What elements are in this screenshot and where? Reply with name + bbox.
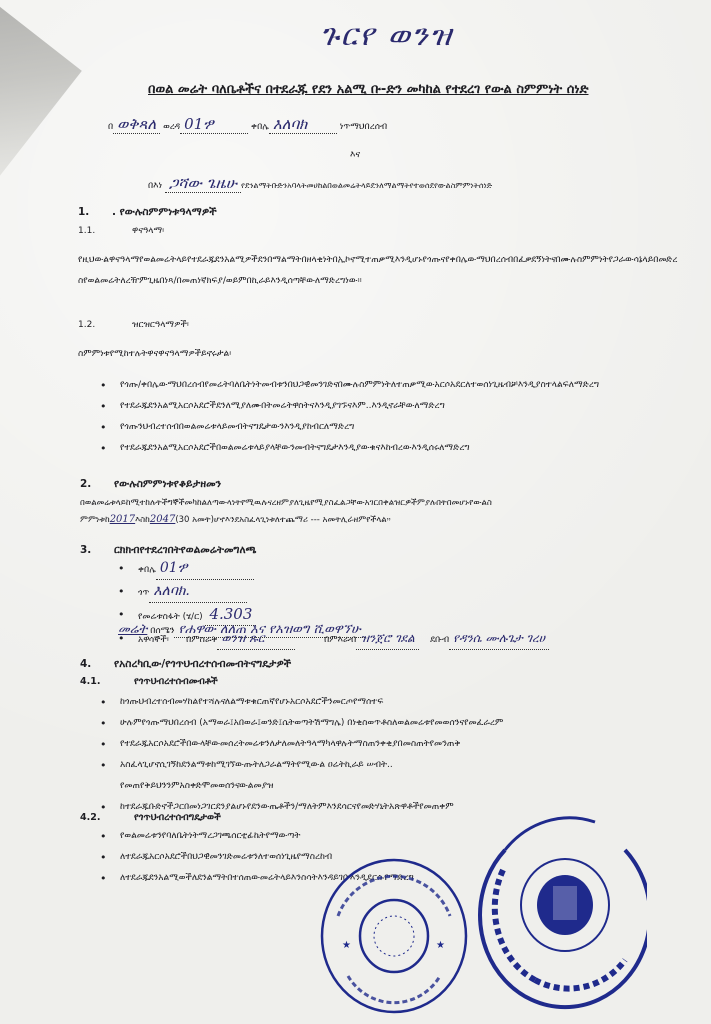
north-boundary: የሐዋው ለለጠ እና የአዝወግ ሺወዋኘሁ	[174, 622, 364, 638]
community-suffix: ነጥማህበረሰብ	[340, 122, 387, 132]
section-1-1-heading: 1.1.ዋናዓላማ፡	[78, 226, 164, 236]
list-item: ሁሉምየጎጡማህበረሰብ (አማወራ፤አበወራ፤ወንድ፤ሴትወጣትሽማግሌ) በ…	[100, 713, 660, 734]
section-2-heading: 2.የውሉስምምነቱየቆይታዘመን	[80, 478, 221, 491]
group-leader-name: ጋሻው ጌዜሁ	[165, 174, 241, 193]
svg-text:★: ★	[342, 940, 351, 951]
zone-value: ወቅጻለ	[113, 115, 160, 134]
group-prefix: በእነ	[148, 181, 162, 191]
list-item: የጎጡ/ቀበሌውማህበረሰብየመሬትባለቤትነትመብቱንበህጋዊመንገድናበሙሉ…	[100, 375, 675, 396]
section-4-2-heading: 4.2.የጎጥህብረተሰብግዴታወች	[80, 812, 221, 823]
section-1-2-intro: ስምምነቱየሚከተሉትዋናዋናዓላማዎችይኖሩታል፡	[78, 349, 231, 359]
section-4-1-bullets: ከጎጡህብረተሰብመሃከልየተሻሉናለልማቱቁርጠኛየሆኑአርሶአደሮችንመርጦ…	[100, 692, 660, 818]
stamp-left-icon: ★ ★	[318, 856, 470, 1016]
section-3-heading: 3.ርክክብየተደረገበትየወልመሬትመግለጫ	[80, 544, 257, 557]
got-row: ጎጥእለባክ.	[118, 581, 698, 604]
section-2-line-1: በወልመሬቱላይከሚተከሉትችግኞችመካከልለጣውላነትየሚዉሉናረዘምያለጊዜ…	[80, 498, 492, 508]
kebele-label: ቀበሌ	[251, 122, 269, 132]
section-1-2-heading: 1.2.ዝርዝርዓላማዎች፡	[78, 320, 189, 330]
svg-text:★: ★	[436, 940, 445, 951]
woreda-administration-stamp	[475, 810, 647, 1010]
list-item: የጎጡንህብረተሰብበወልመሬቱላይመብትናግዴታውንእንዲያከብርለማድረግ	[100, 417, 675, 438]
end-year: 2047	[150, 514, 175, 525]
kebele-value: 01ፇ	[156, 558, 254, 580]
start-year: 2017	[110, 514, 135, 525]
page-corner-fold	[0, 0, 82, 244]
parties-line-1: በወቅጻለ ወረዳ01ፇ ቀበሌእለባክ ነጥማህበረሰብ	[108, 115, 387, 134]
list-item: ከጎጡህብረተሰብመሃከልየተሻሉናለልማቱቁርጠኛየሆኑአርሶአደሮችንመርጦ…	[100, 692, 660, 713]
parties-line-2: በእነ ጋሻው ጌዜሁየደንልማትቡድንአባላትመሀከልበወልመሬትላይደንለማ…	[148, 174, 492, 193]
list-item: የተደራጁደንአልሚአርሶአደሮችደንለሚያለሙበትመሬትዋስትናእንዲያገኙና…	[100, 396, 675, 417]
woreda-value: 01ፇ	[180, 115, 248, 134]
section-1-2-bullets: የጎጡ/ቀበሌውማህበረሰብየመሬትባለቤትነትመብቱንበህጋዊመንገድናበሙሉ…	[100, 375, 675, 459]
west-boundary: ዝንጀሮ ገደል	[356, 628, 418, 650]
section-2-line-2: ምምነቱከ2017እስከ2047(30 አመት)ሆኖእንደአስፈላጊነቱለተጨማ…	[80, 514, 391, 525]
section-1-1-paragraph: የዚህውልዋናዓላማየወልመሬትላይየተደራጁደንአልሚዎችደንበማልማትበዘላ…	[78, 250, 678, 292]
kebele-value: እለባክ	[269, 115, 337, 134]
kebele-office-stamp: ★ ★	[318, 856, 470, 1016]
section-4-heading: 4.የአስረካቢው/የጎጥህብረተሰብመብትናግዴታዎች	[80, 658, 291, 671]
group-suffix: የደንልማትቡድንአባላትመሀከልበወልመሬትላይደንለማልማትየተወሰደየውል…	[241, 181, 492, 190]
north-boundary-row: መሬት በሰሜንየሐዋው ለለጠ እና የአዝወግ ሺወዋኘሁ	[118, 622, 365, 638]
and-label: እና	[350, 150, 360, 160]
document-page: ጉርየ ወንዝ በወል መሬት ባለቤቶችና በተደራጁ የደን አልሚ ቡ-ድ…	[0, 0, 711, 1024]
section-1-heading: 1.. የውሉስምምነቱዓላማዎች	[78, 206, 217, 219]
document-title: በወል መሬት ባለቤቶችና በተደራጁ የደን አልሚ ቡ-ድን መካከል የ…	[148, 82, 589, 97]
stamp-right-icon	[475, 810, 647, 1010]
section-4-1-heading: 4.1.የጎጥህብረተሰብመብቶች	[80, 676, 218, 687]
got-value: እለባክ.	[149, 581, 247, 603]
kebele-row: ቀበሌ01ፇ	[118, 558, 698, 581]
woreda-label: ወረዳ	[163, 122, 180, 132]
handwritten-title: ጉርየ ወንዝ	[320, 18, 453, 53]
list-item: አስፈላጊሆኖሲገኝከደንልማቱከሚገኘውጡትለጋራልማትየሚውል ዐሬትኪራይ…	[100, 755, 660, 797]
list-item: የተደራጁደንአልሚአርሶአደሮችበወልመሬቱላይያላቸውንመብትናግዴታእንዲ…	[100, 438, 675, 459]
list-item: የተደራጁአርሶአደሮችበውላቸውመሰረትመሬቱንለታለመለትዓላማካላዋሉትማ…	[100, 734, 660, 755]
south-boundary: የዳንሴ ሙሉጌታ ገረሀ	[449, 628, 549, 650]
